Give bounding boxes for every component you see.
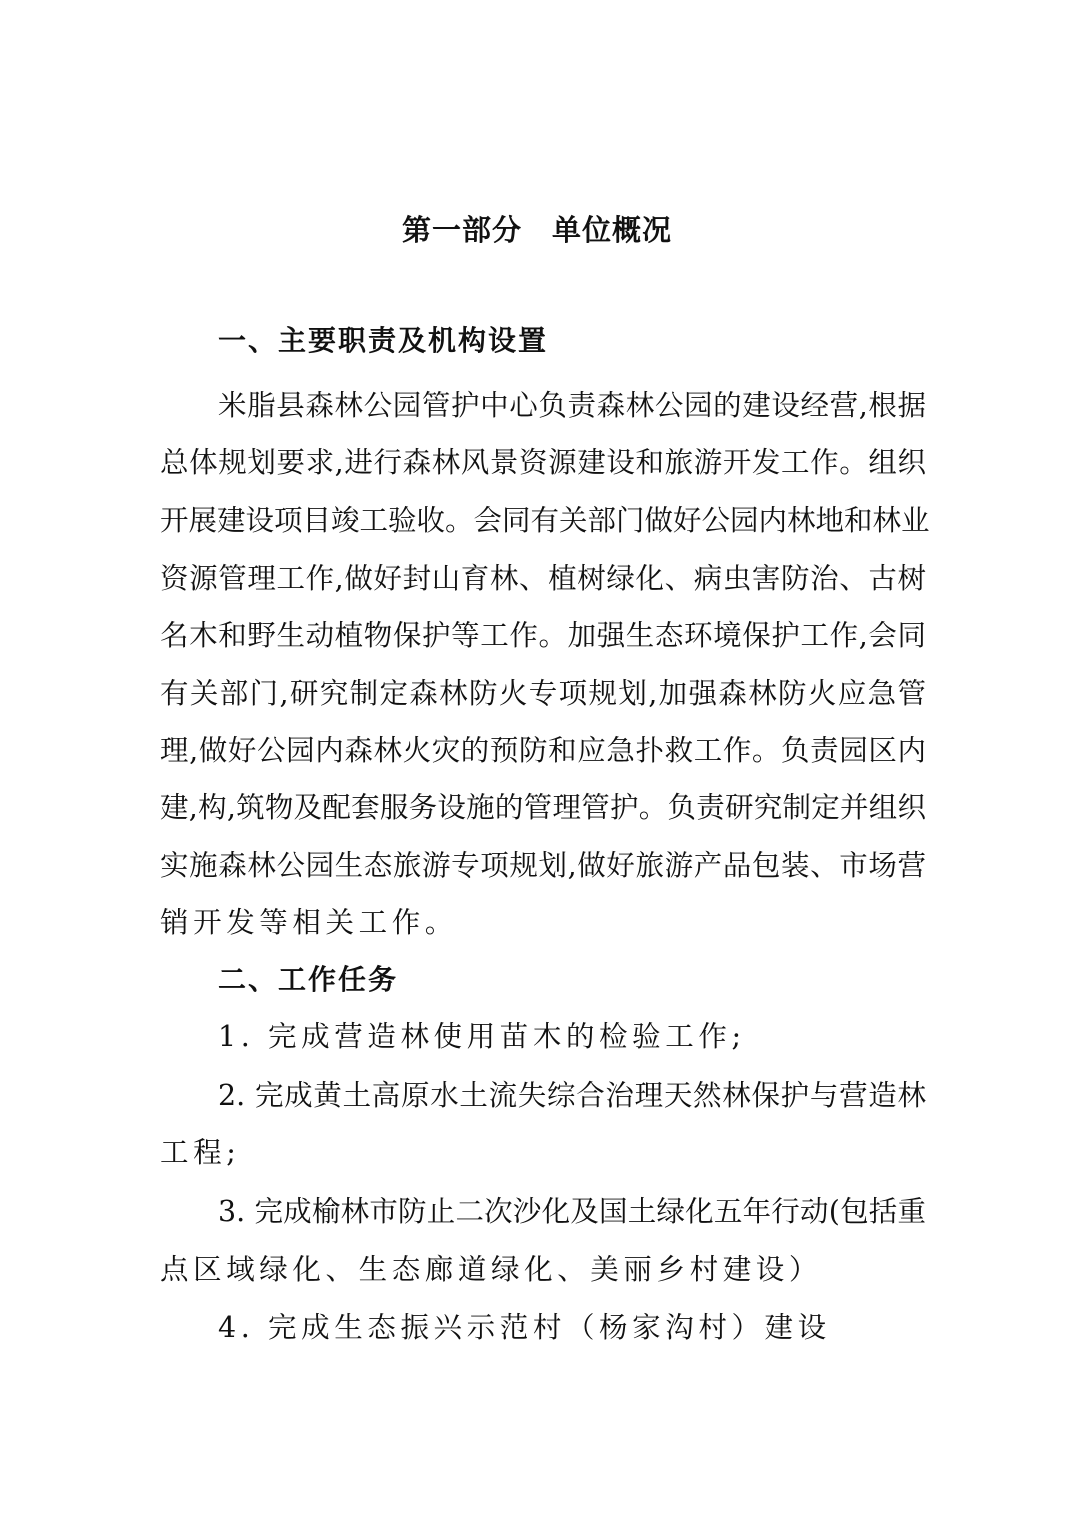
paragraph-line: 理,做好公园内森林火灾的预防和应急扑救工作。负责园区内 — [160, 731, 926, 771]
paragraph-line: 销开发等相关工作。 — [160, 903, 926, 943]
task-item-3: 3. 完成榆林市防止二次沙化及国土绿化五年行动(包括重 — [218, 1192, 926, 1232]
paragraph-line: 总体规划要求,进行森林风景资源建设和旅游开发工作。组织 — [160, 443, 926, 483]
paragraph-line: 开展建设项目竣工验收。会同有关部门做好公园内林地和林业 — [160, 501, 926, 541]
document-page: 第一部分 单位概况 一、主要职责及机构设置 米脂县森林公园管护中心负责森林公园的… — [0, 0, 1074, 1520]
section-heading-tasks: 二、工作任务 — [218, 960, 398, 1000]
page-title: 第一部分 单位概况 — [0, 208, 1074, 252]
paragraph-line: 名木和野生动植物保护等工作。加强生态环境保护工作,会同 — [160, 616, 926, 656]
task-item-2-continued: 工程; — [160, 1133, 926, 1173]
task-item-3-continued: 点区域绿化、生态廊道绿化、美丽乡村建设） — [160, 1250, 926, 1290]
paragraph-line: 有关部门,研究制定森林防火专项规划,加强森林防火应急管 — [160, 674, 926, 714]
task-item-2: 2. 完成黄土高原水土流失综合治理天然林保护与营造林 — [218, 1076, 926, 1116]
section-heading-duties: 一、主要职责及机构设置 — [218, 321, 548, 361]
task-item-1: 1. 完成营造林使用苗木的检验工作; — [218, 1017, 926, 1057]
paragraph-line: 实施森林公园生态旅游专项规划,做好旅游产品包装、市场营 — [160, 846, 926, 886]
paragraph-line: 建,构,筑物及配套服务设施的管理管护。负责研究制定并组织 — [160, 788, 926, 828]
task-item-4: 4. 完成生态振兴示范村（杨家沟村）建设 — [218, 1308, 926, 1348]
paragraph-line: 资源管理工作,做好封山育林、植树绿化、病虫害防治、古树 — [160, 559, 926, 599]
paragraph-line: 米脂县森林公园管护中心负责森林公园的建设经营,根据 — [218, 386, 926, 426]
